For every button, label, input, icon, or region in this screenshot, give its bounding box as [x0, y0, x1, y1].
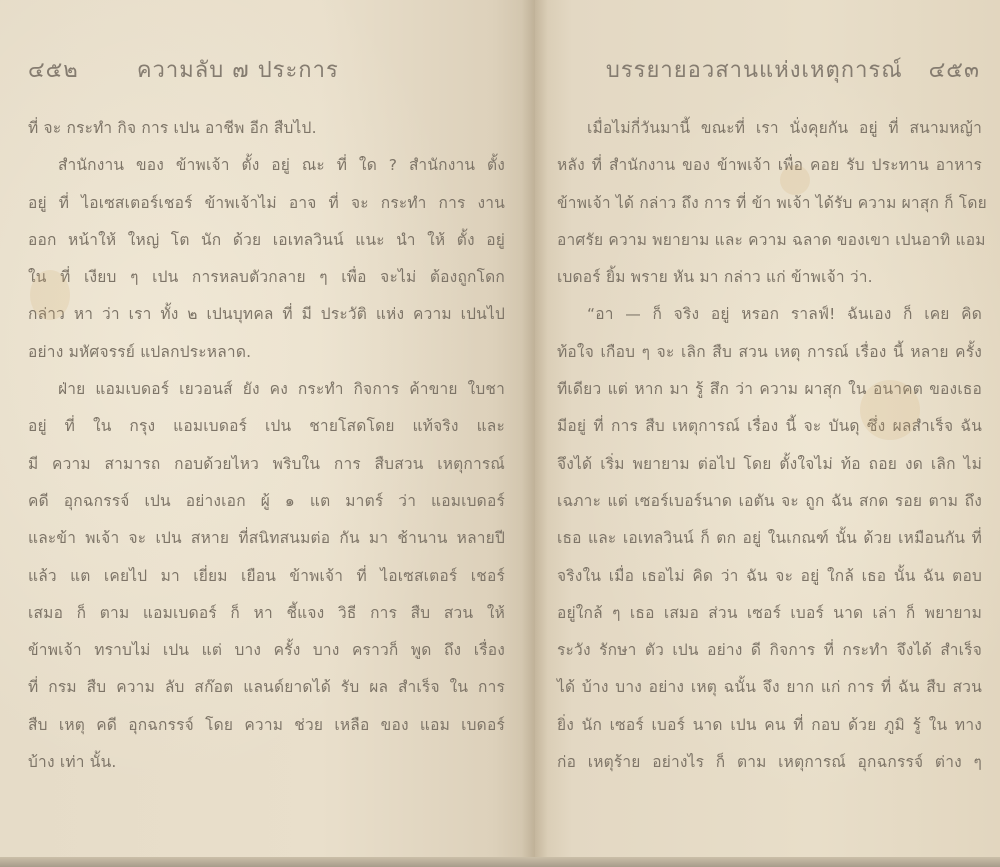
text-line: ที่ กรม สืบ ความ ลับ สก๊อต แลนด์ยาดได้ ร… [28, 669, 505, 706]
right-page-number: ๔๕๓ [929, 52, 980, 87]
text-line: และข้า พเจ้า จะ เปน สหาย ที่สนิทสนมต่อ ก… [28, 520, 505, 557]
text-line: อยู่ ที่ ใน กรุง แอมเบดอร์ เปน ชายโสดโดย… [28, 408, 505, 445]
text-line: ข้าพเจ้า ทราบไม่ เปน แต่ บาง ครั้ง บาง ค… [28, 632, 505, 669]
text-line: สำนักงาน ของ ข้าพเจ้า ตั้ง อยู่ ณะ ที่ ใ… [28, 147, 505, 184]
text-line: บ้าง เท่า นั้น. [28, 744, 505, 781]
text-line: เบดอร์ ยิ้ม พราย หัน มา กล่าว แก่ ข้าพเจ… [557, 259, 982, 296]
text-line: ทีเดียว แต่ หาก มา รู้ สึก ว่า ความ ผาสุ… [557, 371, 982, 408]
text-line: เธอ และ เอเทลวินน์ ก็ ตก อยู่ ในเกณฑ์ นั… [557, 520, 982, 557]
left-page-body: ที่ จะ กระทำ กิจ การ เปน อาชีพ อีก สืบไป… [28, 110, 505, 781]
text-line: ก่อ เหตุร้าย อย่างไร ก็ ตาม เหตุการณ์ อุ… [557, 744, 982, 781]
text-line: จึงได้ เริ่ม พยายาม ต่อไป โดย ตั้งใจไม่ … [557, 446, 982, 483]
left-running-title: ความลับ ๗ ประการ [137, 52, 339, 87]
text-line: กล่าว หา ว่า เรา ทั้ง ๒ เปนบุทคล ที่ มี … [28, 296, 505, 333]
text-line: ใน ที่ เงียบ ๆ เปน การหลบตัวกลาย ๆ เพื่อ… [28, 259, 505, 296]
text-line: เฉภาะ แต่ เซอร์เบอร์นาด เอตัน จะ ถูก ฉัน… [557, 483, 982, 520]
right-page-header: บรรยายอวสานแห่งเหตุการณ์ ๔๕๓ [557, 52, 982, 92]
text-line: อยู่ใกล้ ๆ เธอ เสมอ ส่วน เซอร์ เบอร์ นาด… [557, 595, 982, 632]
text-line: มีอยู่ ที่ การ สืบ เหตุการณ์ เรื่อง นี้ … [557, 408, 982, 445]
text-line: หลัง ที่ สำนักงาน ของ ข้าพเจ้า เพื่อ คอย… [557, 147, 982, 184]
page-bottom-edge [0, 857, 1000, 867]
open-book: ๔๕๒ ความลับ ๗ ประการ ที่ จะ กระทำ กิจ กา… [0, 0, 1000, 867]
right-page: บรรยายอวสานแห่งเหตุการณ์ ๔๕๓ เมื่อไม่กี่… [535, 0, 1000, 867]
left-page-number: ๔๕๒ [28, 52, 79, 87]
text-line: “อา — ก็ จริง อยู่ หรอก ราลฟ์! ฉันเอง ก็… [557, 296, 982, 333]
text-line: ท้อใจ เกือบ ๆ จะ เลิก สืบ สวน เหตุ การณ์… [557, 334, 982, 371]
left-page-header: ๔๕๒ ความลับ ๗ ประการ [28, 52, 505, 92]
text-line: แล้ว แต เคยไป มา เยี่ยม เยือน ข้าพเจ้า ท… [28, 558, 505, 595]
text-line: ออก หน้าให้ ใหญ่ โต นัก ด้วย เอเทลวินน์ … [28, 222, 505, 259]
text-line: เมื่อไม่กี่วันมานี้ ขณะที่ เรา นั่งคุยกั… [557, 110, 982, 147]
right-page-body: เมื่อไม่กี่วันมานี้ ขณะที่ เรา นั่งคุยกั… [557, 110, 982, 781]
left-page: ๔๕๒ ความลับ ๗ ประการ ที่ จะ กระทำ กิจ กา… [0, 0, 535, 867]
text-line: ข้าพเจ้า ได้ กล่าว ถึง การ ที่ ข้า พเจ้า… [557, 185, 982, 222]
text-line: ระวัง รักษา ตัว เปน อย่าง ดี กิจการ ที่ … [557, 632, 982, 669]
text-line: สืบ เหตุ คดี อุกฉกรรจ์ โดย ความ ช่วย เหล… [28, 707, 505, 744]
text-line: จริงใน เมื่อ เธอไม่ คิด ว่า ฉัน จะ อยู่ … [557, 558, 982, 595]
right-running-title: บรรยายอวสานแห่งเหตุการณ์ [606, 52, 903, 87]
text-line: มี ความ สามารถ กอบด้วยไหว พริบใน การ สืบ… [28, 446, 505, 483]
text-line: ยิ่ง นัก เซอร์ เบอร์ นาด เปน คน ที่ กอบ … [557, 707, 982, 744]
text-line: อยู่ ที่ ไอเซสเตอร์เชอร์ ข้าพเจ้าไม่ อาจ… [28, 185, 505, 222]
text-line: อาศรัย ความ พยายาม และ ความ ฉลาด ของเขา … [557, 222, 982, 259]
text-line: ฝ่าย แอมเบดอร์ เยวอนส์ ยัง คง กระทำ กิจก… [28, 371, 505, 408]
text-line: อย่าง มหัศจรรย์ แปลกประหลาด. [28, 334, 505, 371]
text-line: ที่ จะ กระทำ กิจ การ เปน อาชีพ อีก สืบไป… [28, 110, 505, 147]
text-line: คดี อุกฉกรรจ์ เปน อย่างเอก ผู้ ๑ แต มาตร… [28, 483, 505, 520]
text-line: ได้ บ้าง บาง อย่าง เหตุ ฉนั้น จึง ยาก แก… [557, 669, 982, 706]
text-line: เสมอ ก็ ตาม แอมเบดอร์ ก็ หา ชี้แจง วิธี … [28, 595, 505, 632]
